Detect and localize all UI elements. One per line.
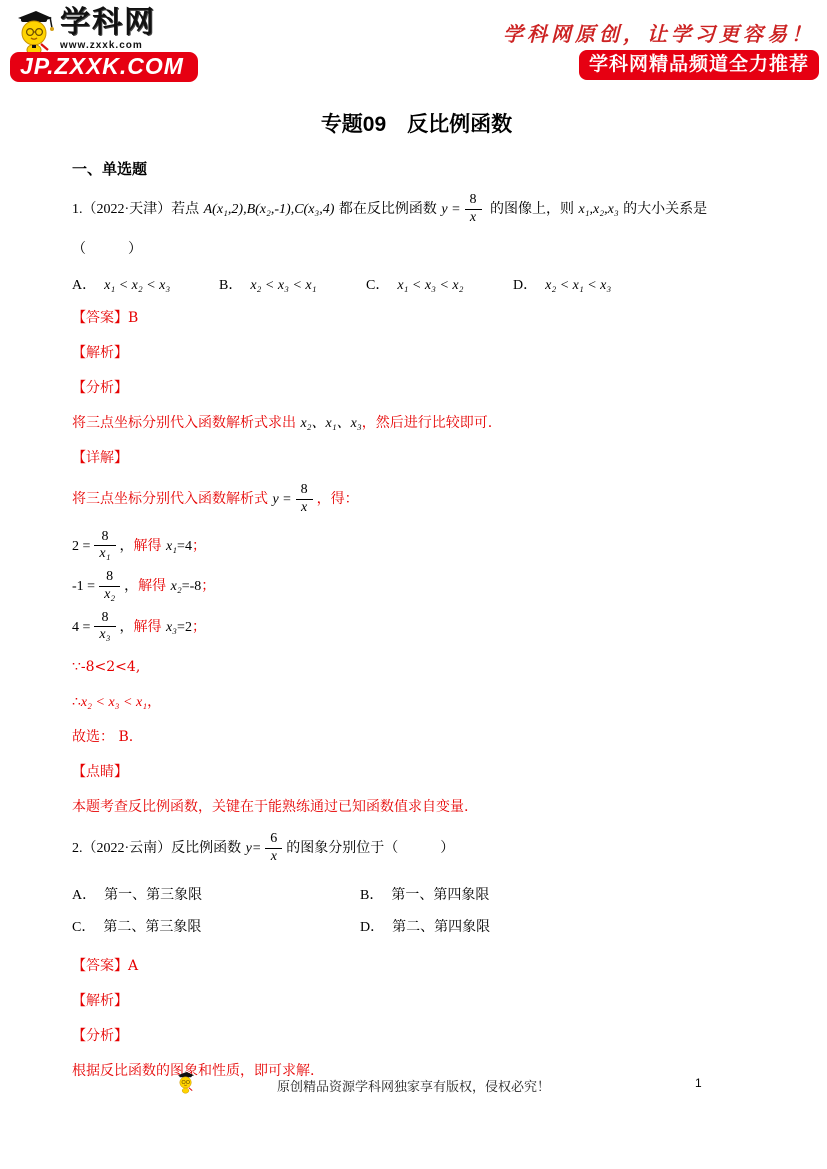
page-number: 1 bbox=[695, 1076, 702, 1090]
q1-options: A．x₁ < x₂ < x₃ B．x₂ < x₃ < x₁ C．x₁ < x₃ … bbox=[72, 274, 761, 294]
jp-zxxk-banner: JP.ZXXK.COM bbox=[10, 52, 198, 82]
q2-option-c: C．第二、第三象限 bbox=[72, 916, 360, 936]
q2-jiexi-label: 【解析】 bbox=[72, 991, 761, 1012]
q1-note: 本题考查反比例函数，关键在于能熟练通过已知函数值求自变量. bbox=[72, 797, 761, 818]
section-heading: 一、单选题 bbox=[72, 158, 761, 179]
q1-option-d: D．x₂ < x₁ < x₃ bbox=[513, 274, 611, 294]
q2-function-lhs: y= bbox=[246, 841, 262, 856]
q1-dianjing-label: 【点睛】 bbox=[72, 762, 761, 783]
q2-answer-label: 【答案】 bbox=[72, 958, 128, 974]
q1-detail-lhs: y = bbox=[272, 493, 291, 508]
site-url: www.zxxk.com bbox=[60, 40, 156, 51]
q2-stem: 2.（2022·云南）反比例函数 y=6x的图象分别位于（ ） bbox=[72, 832, 761, 864]
document-title: 专题09 反比例函数 bbox=[72, 108, 761, 138]
logo-text: 学科网 www.zxxk.com bbox=[60, 8, 156, 51]
q1-detail-intro: 将三点坐标分别代入函数解析式 y =8x，得： bbox=[72, 483, 761, 515]
q2-answer-line: 【答案】A bbox=[72, 956, 761, 977]
q1-analysis-math: x₂、x₁、x₃ bbox=[300, 416, 361, 431]
equation-3-fraction: 8x₃ bbox=[94, 611, 115, 643]
q1-answer-bracket: （ ） bbox=[72, 239, 761, 260]
q1-stem-text2: 都在反比例函数 bbox=[339, 202, 437, 217]
promo-banner: 学科网精品频道全力推荐 bbox=[579, 50, 819, 80]
q1-equation-1: 2 =8x₁，解得 x₁=4； bbox=[72, 530, 761, 562]
q2-options: A．第一、第三象限 B．第一、第四象限 C．第二、第三象限 D．第二、第四象限 bbox=[72, 878, 761, 942]
header-slogan: 学科网原创，让学习更容易！ bbox=[503, 18, 815, 47]
q1-option-a: A．x₁ < x₂ < x₃ bbox=[72, 274, 219, 294]
q1-stem-text3: 的图像上，则 bbox=[490, 202, 574, 217]
q1-stem-text1: 1.（2022·天津）若点 bbox=[72, 202, 199, 217]
q1-detail-fraction: 8x bbox=[296, 483, 313, 515]
q2-fenxi-label: 【分析】 bbox=[72, 1026, 761, 1047]
q1-answer-line: 【答案】B bbox=[72, 308, 761, 329]
q1-points-math: A(x₁,2),B(x₂,-1),C(x₃,4) bbox=[204, 202, 335, 217]
q2-option-b: B．第一、第四象限 bbox=[360, 884, 648, 904]
document-content: 专题09 反比例函数 一、单选题 1.（2022·天津）若点 A(x₁,2),B… bbox=[0, 108, 827, 1082]
q1-option-b: B．x₂ < x₃ < x₁ bbox=[219, 274, 366, 294]
page-header: 学科网 www.zxxk.com JP.ZXXK.COM 学科网原创，让学习更容… bbox=[0, 0, 827, 92]
q1-function-lhs: y = bbox=[441, 202, 460, 217]
q1-stem: 1.（2022·天津）若点 A(x₁,2),B(x₂,-1),C(x₃,4) 都… bbox=[72, 193, 761, 225]
q1-conclusion: 故选： B. bbox=[72, 727, 761, 748]
q2-option-a: A．第一、第三象限 bbox=[72, 884, 360, 904]
q1-analysis: 将三点坐标分别代入函数解析式求出 x₂、x₁、x₃，然后进行比较即可. bbox=[72, 413, 761, 434]
q1-answer-label: 【答案】 bbox=[72, 310, 128, 326]
mascot-icon bbox=[12, 8, 58, 56]
equation-1-fraction: 8x₁ bbox=[94, 530, 115, 562]
q1-fraction: 8x bbox=[465, 193, 482, 225]
q2-option-d: D．第二、第四象限 bbox=[360, 916, 648, 936]
q1-xiangjie-label: 【详解】 bbox=[72, 448, 761, 469]
q1-jiexi-label: 【解析】 bbox=[72, 343, 761, 364]
q2-answer-value: A bbox=[128, 958, 138, 974]
q1-stem-text4: 的大小关系是 bbox=[623, 202, 707, 217]
q1-fenxi-label: 【分析】 bbox=[72, 378, 761, 399]
q1-vars-math: x₁,x₂,x₃ bbox=[578, 202, 618, 217]
q1-therefore-line: ∴x₂ < x₃ < x₁， bbox=[72, 692, 761, 713]
q1-option-c: C．x₁ < x₃ < x₂ bbox=[366, 274, 513, 294]
q1-because-line: ∵-8<2<4, bbox=[72, 657, 761, 678]
q2-fraction: 6x bbox=[265, 832, 282, 864]
copyright-text: 原创精品资源学科网独家享有版权，侵权必究！ bbox=[0, 1076, 827, 1095]
equation-2-fraction: 8x₂ bbox=[99, 570, 120, 602]
q1-equation-3: 4 =8x₃，解得 x₃=2； bbox=[72, 611, 761, 643]
site-name: 学科网 bbox=[60, 8, 156, 38]
page-footer: 原创精品资源学科网独家享有版权，侵权必究！ 1 bbox=[0, 1068, 827, 1108]
q1-equation-2: -1 =8x₂，解得 x₂=-8； bbox=[72, 570, 761, 602]
zxxk-logo: 学科网 www.zxxk.com bbox=[12, 8, 156, 56]
q1-answer-value: B bbox=[128, 310, 138, 326]
document-page: 学科网 www.zxxk.com JP.ZXXK.COM 学科网原创，让学习更容… bbox=[0, 0, 827, 1169]
